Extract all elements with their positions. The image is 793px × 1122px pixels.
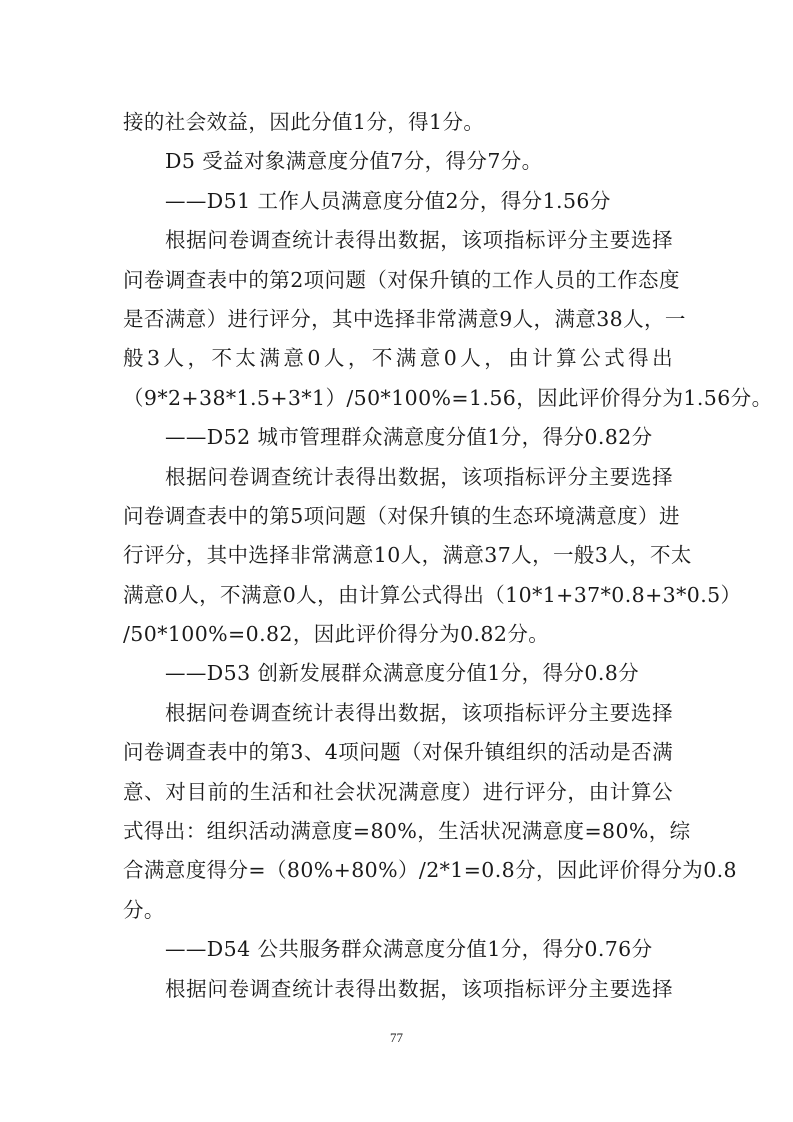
subsection-heading-d52: ——D52 城市管理群众满意度分值1分，得分0.82分 bbox=[123, 418, 673, 457]
paragraph-line: 行评分，其中选择非常满意10人，满意37人，一般3人，不太 bbox=[123, 536, 673, 575]
paragraph-line: 问卷调查表中的第5项问题（对保升镇的生态环境满意度）进 bbox=[123, 497, 673, 536]
paragraph-line: 分。 bbox=[123, 891, 673, 930]
subsection-heading-d54: ——D54 公共服务群众满意度分值1分，得分0.76分 bbox=[123, 930, 673, 969]
paragraph-line: 合满意度得分=（80%+80%）/2*1=0.8分，因此评价得分为0.8 bbox=[123, 851, 673, 890]
paragraph-line: 是否满意）进行评分，其中选择非常满意9人，满意38人，一 bbox=[123, 300, 673, 339]
document-body: 接的社会效益，因此分值1分，得1分。 D5 受益对象满意度分值7分，得分7分。 … bbox=[123, 103, 673, 1009]
subsection-heading-d53: ——D53 创新发展群众满意度分值1分，得分0.8分 bbox=[123, 654, 673, 693]
paragraph-line: 意、对目前的生活和社会状况满意度）进行评分，由计算公 bbox=[123, 773, 673, 812]
paragraph-line: 根据问卷调查统计表得出数据，该项指标评分主要选择 bbox=[123, 221, 673, 260]
paragraph-line: 根据问卷调查统计表得出数据，该项指标评分主要选择 bbox=[123, 694, 673, 733]
page-number: 77 bbox=[0, 1030, 793, 1046]
paragraph-line: 问卷调查表中的第2项问题（对保升镇的工作人员的工作态度 bbox=[123, 261, 673, 300]
paragraph-line: /50*100%=0.82，因此评价得分为0.82分。 bbox=[123, 615, 673, 654]
subsection-heading-d51: ——D51 工作人员满意度分值2分，得分1.56分 bbox=[123, 182, 673, 221]
paragraph-line: 式得出：组织活动满意度=80%，生活状况满意度=80%，综 bbox=[123, 812, 673, 851]
paragraph-line: 根据问卷调查统计表得出数据，该项指标评分主要选择 bbox=[123, 970, 673, 1009]
paragraph-line: 满意0人，不满意0人，由计算公式得出（10*1+37*0.8+3*0.5） bbox=[123, 576, 673, 615]
paragraph-line: 般3人，不太满意0人，不满意0人，由计算公式得出 bbox=[123, 339, 673, 378]
paragraph-line: 根据问卷调查统计表得出数据，该项指标评分主要选择 bbox=[123, 458, 673, 497]
paragraph-line: 接的社会效益，因此分值1分，得1分。 bbox=[123, 103, 673, 142]
paragraph-line: （9*2+38*1.5+3*1）/50*100%=1.56，因此评价得分为1.5… bbox=[123, 379, 673, 418]
section-heading-d5: D5 受益对象满意度分值7分，得分7分。 bbox=[123, 142, 673, 181]
paragraph-line: 问卷调查表中的第3、4项问题（对保升镇组织的活动是否满 bbox=[123, 733, 673, 772]
